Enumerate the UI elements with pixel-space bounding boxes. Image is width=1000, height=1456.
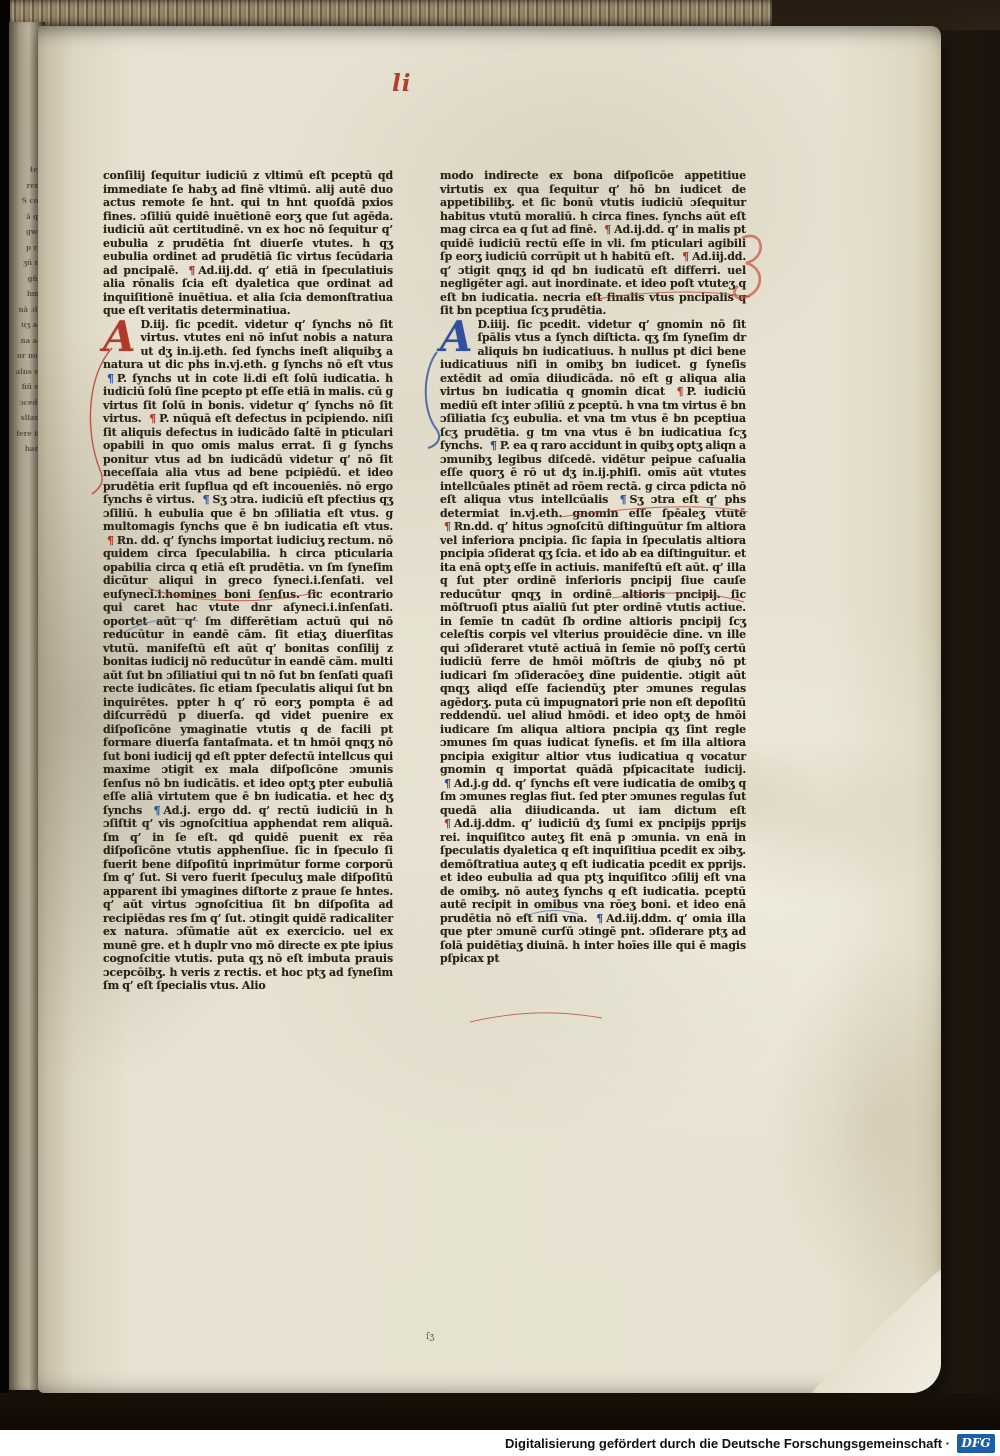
illuminated-initial: A (103, 318, 140, 355)
text-run: Ad.j.g dd. q’ ſynchs eſt vere iudicatia … (440, 777, 746, 817)
pilcrow-mark: ¶ (103, 372, 117, 385)
pilcrow-mark: ¶ (440, 777, 454, 790)
dfg-logo: DFG (957, 1434, 995, 1453)
pilcrow-mark: ¶ (592, 912, 606, 925)
illuminated-initial: A (440, 318, 477, 355)
text-run: Rn.dd. q’ hitus ɔgnoſcitū diſtinguūtur ſ… (440, 520, 746, 776)
pilcrow-mark: ¶ (678, 250, 692, 263)
pilcrow-mark: ¶ (199, 493, 213, 506)
pilcrow-mark: ¶ (673, 385, 687, 398)
text-run: Ad.ij.ddm. q’ iudiciū dʒ ſumi ex pncipij… (440, 817, 746, 925)
footer-bar: Digitalisierung gefördert durch die Deut… (0, 1430, 1000, 1456)
folio-number: li (392, 70, 411, 97)
pilcrow-mark: ¶ (440, 520, 454, 533)
pilcrow-mark: ¶ (103, 534, 117, 547)
pilcrow-mark: ¶ (150, 804, 164, 817)
table-surface (0, 1393, 1000, 1430)
text-run: P. nūquā eſt defectus in pcipiendo. niſi… (103, 412, 393, 506)
pilcrow-mark: ¶ (440, 817, 454, 830)
pilcrow-mark: ¶ (145, 412, 159, 425)
text-paragraph: AD.iij. ſic pcedit. videtur q’ ſynchs nō… (103, 318, 393, 993)
text-run: Rn. dd. q’ ſynchs importat iudiciuʒ rect… (103, 534, 393, 817)
manuscript-scan: tex rem S cor ā qʒ gwn p rp ʒū m gña hmi… (0, 0, 1000, 1456)
text-run: conſilij ſequitur iudiciū z vltimū eſt p… (103, 169, 393, 277)
book-block-top-edges (10, 0, 772, 27)
quire-signature-mark: ſʒ (426, 1332, 434, 1342)
text-paragraph: modo indirecte ex bona diſpoſicōe appeti… (440, 169, 746, 318)
pilcrow-mark: ¶ (486, 439, 500, 452)
text-run: Ad.j. ergo dd. q’ rectū iudiciū in h ɔſi… (103, 804, 393, 993)
text-run: D.iij. ſic pcedit. videtur q’ ſynchs nō … (103, 318, 393, 372)
text-column-right: modo indirecte ex bona diſpoſicōe appeti… (440, 169, 746, 966)
text-paragraph: conſilij ſequitur iudiciū z vltimū eſt p… (103, 169, 393, 318)
text-paragraph: AD.iiij. ſic pcedit. videtur q’ gnomin n… (440, 318, 746, 966)
pilcrow-mark: ¶ (600, 223, 614, 236)
pilcrow-mark: ¶ (616, 493, 630, 506)
text-column-left: conſilij ſequitur iudiciū z vltimū eſt p… (103, 169, 393, 993)
pilcrow-mark: ¶ (184, 264, 198, 277)
dfg-credit-text: Digitalisierung gefördert durch die Deut… (505, 1436, 950, 1451)
